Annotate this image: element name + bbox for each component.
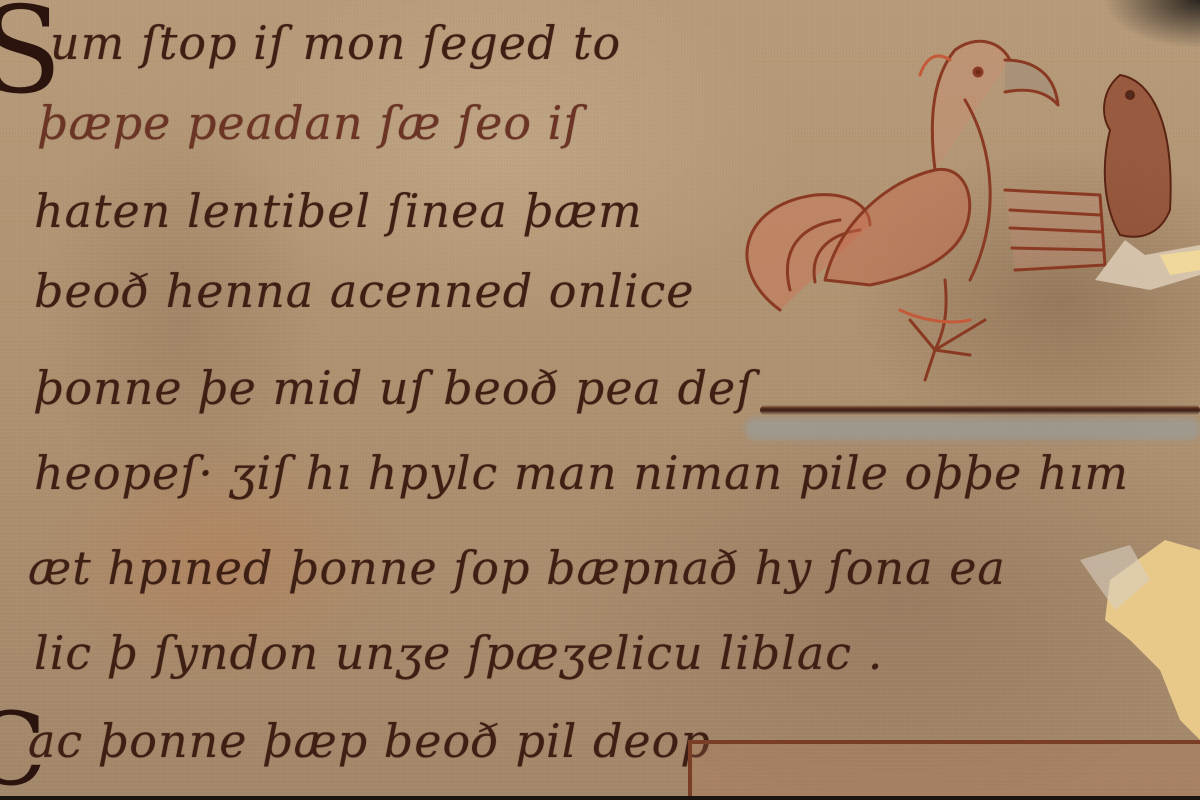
blue-wash-stroke (745, 418, 1200, 440)
text-line-1: um ſtop iſ mon ſeged to (50, 20, 621, 66)
bird-icon (747, 41, 1105, 380)
tissue-repair-damage (1070, 520, 1200, 740)
image-bottom-edge (0, 796, 1200, 800)
text-line-3: haten lentibel ſinea þæm (34, 188, 643, 234)
ground-line (760, 405, 1200, 415)
second-bird-head-icon (1104, 75, 1171, 237)
text-line-8: lic þ ſyndon unʒe ſpæʒelicu liblac . (34, 630, 883, 676)
text-line-2: þæpe peadan ſæ ſeo iſ (38, 100, 581, 146)
text-line-6: heopeſ· ʒiſ hı hpylc man niman pile oþþe… (34, 450, 1129, 496)
text-line-5: þonne þe mid uſ beoð pea deſ (34, 365, 754, 411)
bird-illustration (720, 20, 1200, 400)
text-line-4: beoð henna acenned onlice (34, 268, 695, 314)
text-line-9: ac þonne þæp beoð pil deop (28, 718, 711, 764)
tissue-repair-upper (1090, 220, 1200, 300)
manuscript-page: S C um ſtop iſ mon ſeged to þæpe peadan … (0, 0, 1200, 800)
text-line-7: æt hpıned þonne ſop bæpnað hy ſona ea (28, 545, 1006, 591)
lower-illustration-frame (688, 740, 1200, 800)
